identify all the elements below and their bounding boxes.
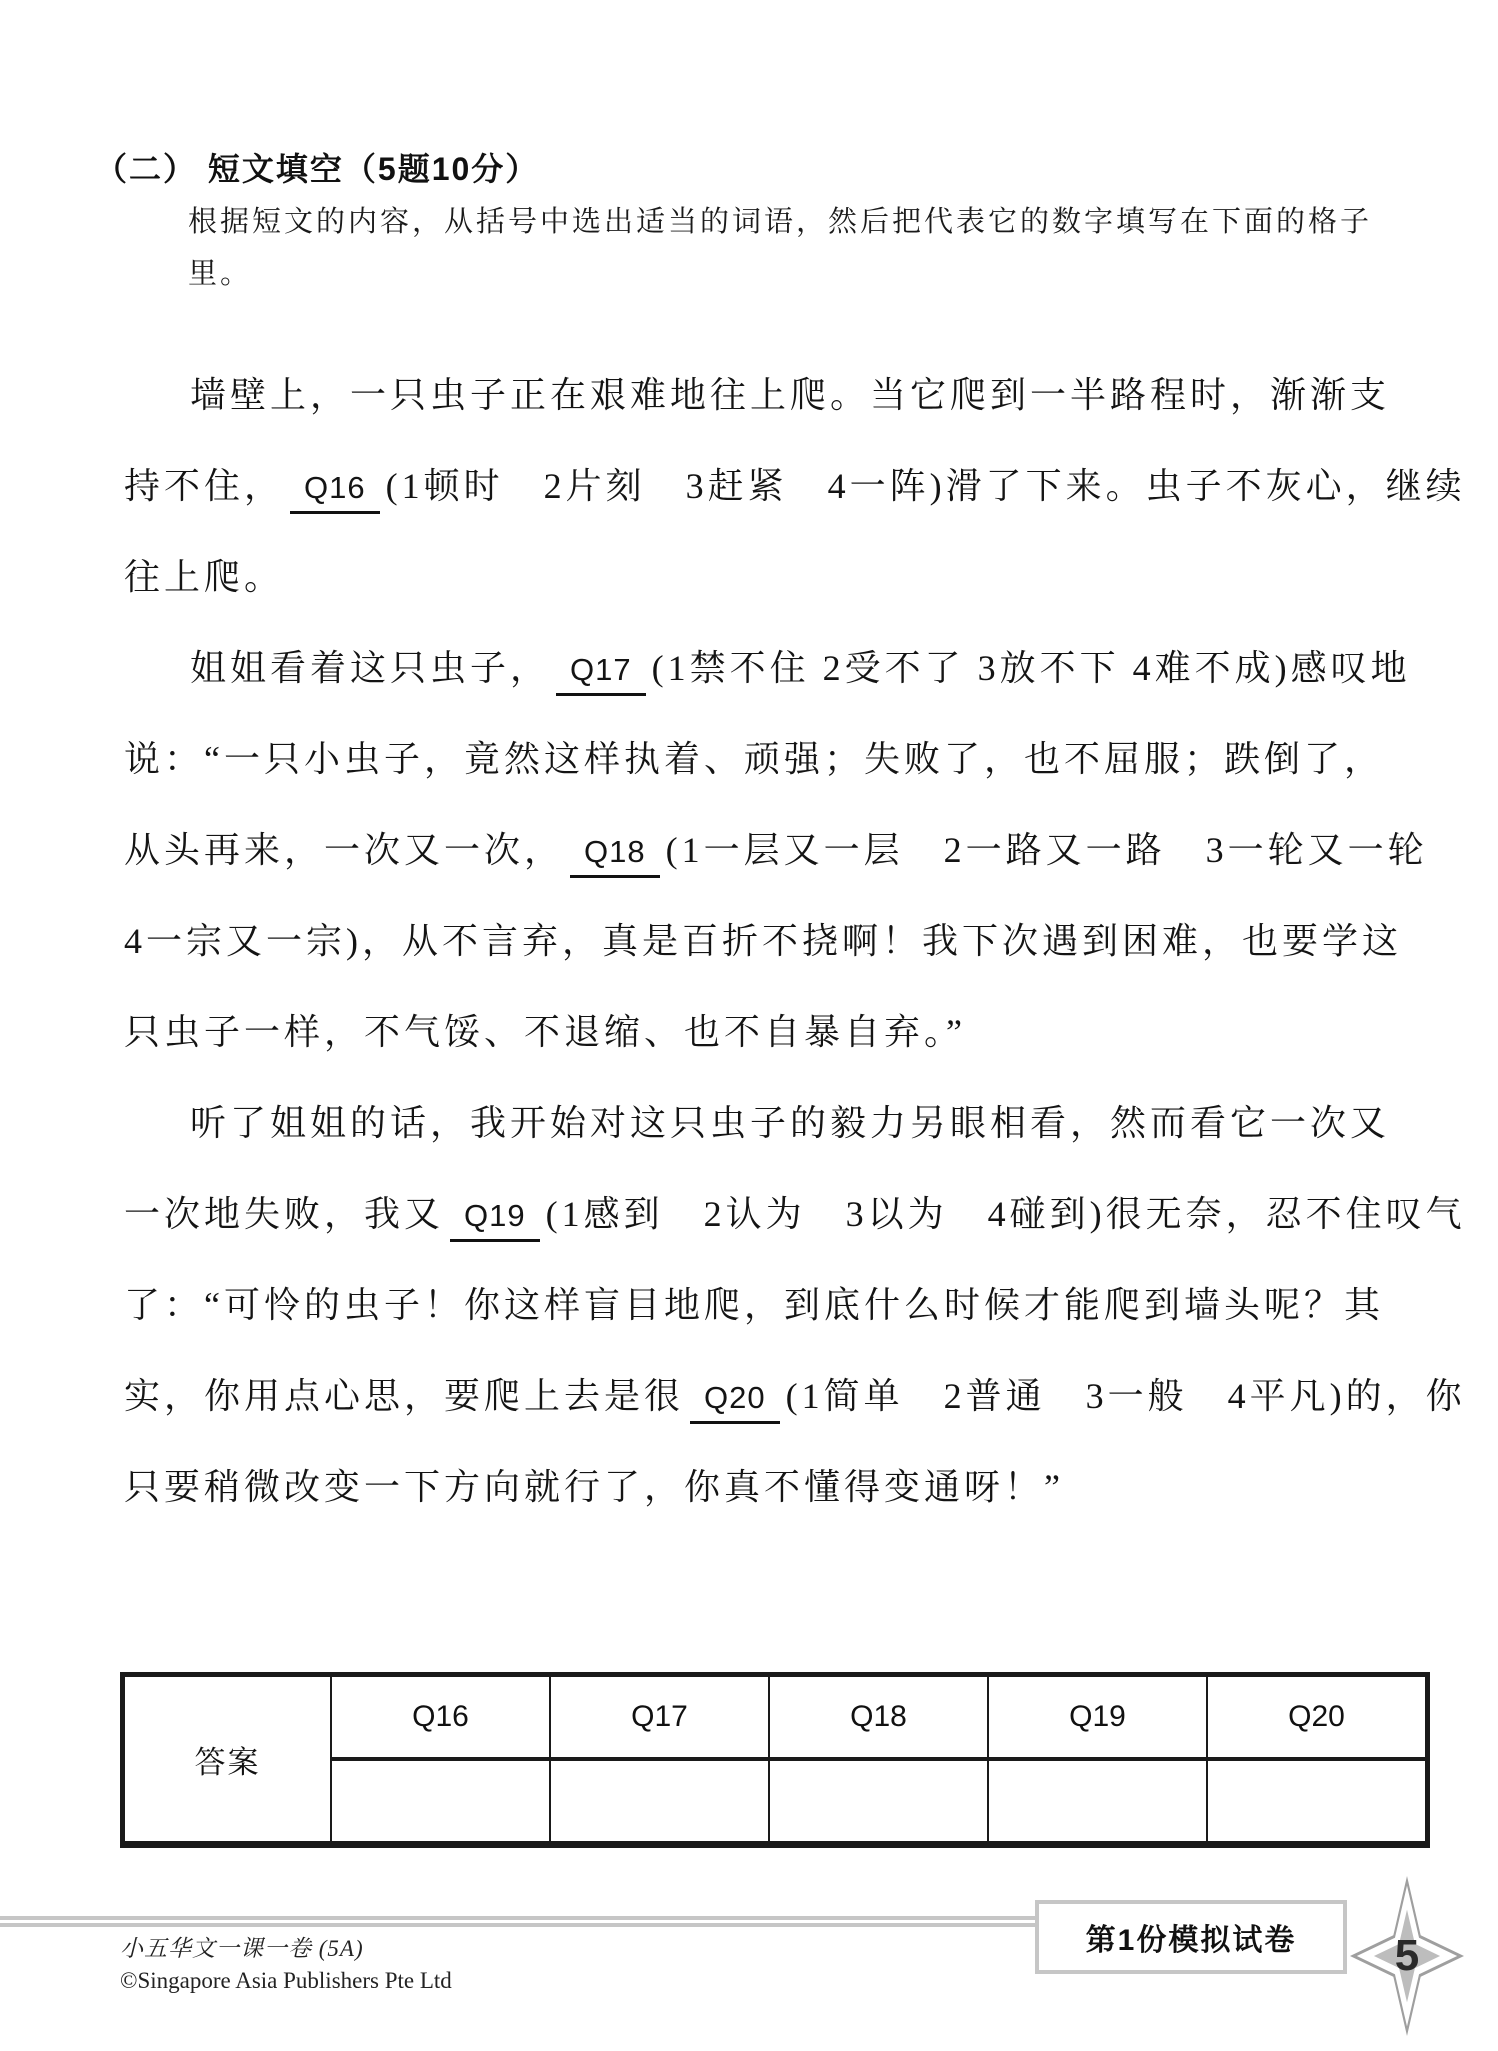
passage-line: 听了姐姐的话，我开始对这只虫子的毅力另眼相看，然而看它一次又 (124, 1078, 1454, 1169)
passage-segment: (1一层又一层 2一路又一路 3一轮又一轮 (666, 830, 1428, 870)
passage-line: 4一宗又一宗)，从不言弃，真是百折不挠啊！我下次遇到困难，也要学这 (124, 896, 1454, 987)
passage-line: 了：“可怜的虫子！你这样盲目地爬，到底什么时候才能爬到墙头呢？其 (124, 1260, 1454, 1351)
passage-line: 只要稍微改变一下方向就行了，你真不懂得变通呀！” (124, 1442, 1454, 1533)
passage-line: 只虫子一样，不气馁、不退缩、也不自暴自弃。” (124, 987, 1454, 1078)
passage-segment: 只虫子一样，不气馁、不退缩、也不自暴自弃。” (124, 1012, 966, 1052)
blank-Q17: Q17 (556, 652, 646, 696)
blank-Q16: Q16 (290, 470, 380, 514)
passage-segment: (1顿时 2片刻 3赶紧 4一阵)滑了下来。虫子不灰心，继续 (386, 466, 1466, 506)
instruction-line: 里。 (188, 248, 1448, 300)
booklet-title: 小五华文一课一卷 (5A) (120, 1930, 364, 1963)
passage-text: 墙壁上，一只虫子正在艰难地往上爬。当它爬到一半路程时，渐渐支持不住，Q16(1顿… (124, 350, 1454, 1533)
passage-segment: 4一宗又一宗)，从不言弃，真是百折不挠啊！我下次遇到困难，也要学这 (124, 921, 1402, 961)
answer-table-column-Q19: Q19 (988, 1675, 1207, 1760)
page-number-star-icon: 5 (1350, 1876, 1464, 2036)
passage-segment: 持不住， (124, 466, 284, 506)
answer-table-row-label: 答案 (123, 1675, 332, 1845)
answer-cell-Q20 (1207, 1759, 1428, 1845)
passage-segment: 从头再来，一次又一次， (124, 830, 564, 870)
passage-segment: 了：“可怜的虫子！你这样盲目地爬，到底什么时候才能爬到墙头呢？其 (124, 1285, 1384, 1325)
passage-line: 实，你用点心思，要爬上去是很Q20(1简单 2普通 3一般 4平凡)的，你 (124, 1351, 1454, 1442)
passage-segment: 往上爬。 (124, 557, 284, 597)
answer-cell-Q18 (769, 1759, 988, 1845)
passage-segment: (1禁不住 2受不了 3放不下 4难不成)感叹地 (652, 648, 1411, 688)
section-heading: （二） 短文填空（5题10分） (95, 144, 539, 190)
passage-segment: 墙壁上，一只虫子正在艰难地往上爬。当它爬到一半路程时，渐渐支 (190, 375, 1390, 415)
passage-line: 往上爬。 (124, 532, 1454, 623)
answer-table-column-Q17: Q17 (550, 1675, 769, 1760)
section-instructions: 根据短文的内容，从括号中选出适当的词语，然后把代表它的数字填写在下面的格子 里。 (188, 196, 1448, 300)
answer-table-header-row: 答案 Q16Q17Q18Q19Q20 (123, 1675, 1428, 1760)
passage-line: 姐姐看着这只虫子，Q17(1禁不住 2受不了 3放不下 4难不成)感叹地 (124, 623, 1454, 714)
passage-segment: 姐姐看着这只虫子， (190, 648, 550, 688)
answer-cell-Q19 (988, 1759, 1207, 1845)
passage-segment: 只要稍微改变一下方向就行了，你真不懂得变通呀！” (124, 1467, 1064, 1507)
answer-table-column-Q20: Q20 (1207, 1675, 1428, 1760)
page-number: 5 (1350, 1876, 1464, 2036)
passage-line: 说：“一只小虫子，竟然这样执着、顽强；失败了，也不屈服；跌倒了， (124, 714, 1454, 805)
copyright-line: ©Singapore Asia Publishers Pte Ltd (120, 1968, 452, 1994)
answer-table-column-Q16: Q16 (331, 1675, 550, 1760)
answer-cell-Q17 (550, 1759, 769, 1845)
footer-tab-label: 第1份模拟试卷 (1086, 1915, 1297, 1959)
blank-Q20: Q20 (690, 1380, 780, 1424)
footer-tab: 第1份模拟试卷 (1035, 1900, 1347, 1974)
passage-segment: 实，你用点心思，要爬上去是很 (124, 1376, 684, 1416)
passage-segment: 一次地失败，我又 (124, 1194, 444, 1234)
passage-segment: 说：“一只小虫子，竟然这样执着、顽强；失败了，也不屈服；跌倒了， (124, 739, 1384, 779)
passage-line: 一次地失败，我又Q19(1感到 2认为 3以为 4碰到)很无奈，忍不住叹气 (124, 1169, 1454, 1260)
passage-segment: (1简单 2普通 3一般 4平凡)的，你 (786, 1376, 1466, 1416)
answer-table-column-Q18: Q18 (769, 1675, 988, 1760)
passage-line: 墙壁上，一只虫子正在艰难地往上爬。当它爬到一半路程时，渐渐支 (124, 350, 1454, 441)
passage-segment: (1感到 2认为 3以为 4碰到)很无奈，忍不住叹气 (546, 1194, 1466, 1234)
answer-table: 答案 Q16Q17Q18Q19Q20 (120, 1672, 1430, 1848)
passage-line: 持不住，Q16(1顿时 2片刻 3赶紧 4一阵)滑了下来。虫子不灰心，继续 (124, 441, 1454, 532)
instruction-line: 根据短文的内容，从括号中选出适当的词语，然后把代表它的数字填写在下面的格子 (188, 196, 1448, 248)
answer-cell-Q16 (331, 1759, 550, 1845)
passage-segment: 听了姐姐的话，我开始对这只虫子的毅力另眼相看，然而看它一次又 (190, 1103, 1390, 1143)
passage-line: 从头再来，一次又一次，Q18(1一层又一层 2一路又一路 3一轮又一轮 (124, 805, 1454, 896)
blank-Q19: Q19 (450, 1198, 540, 1242)
blank-Q18: Q18 (570, 834, 660, 878)
